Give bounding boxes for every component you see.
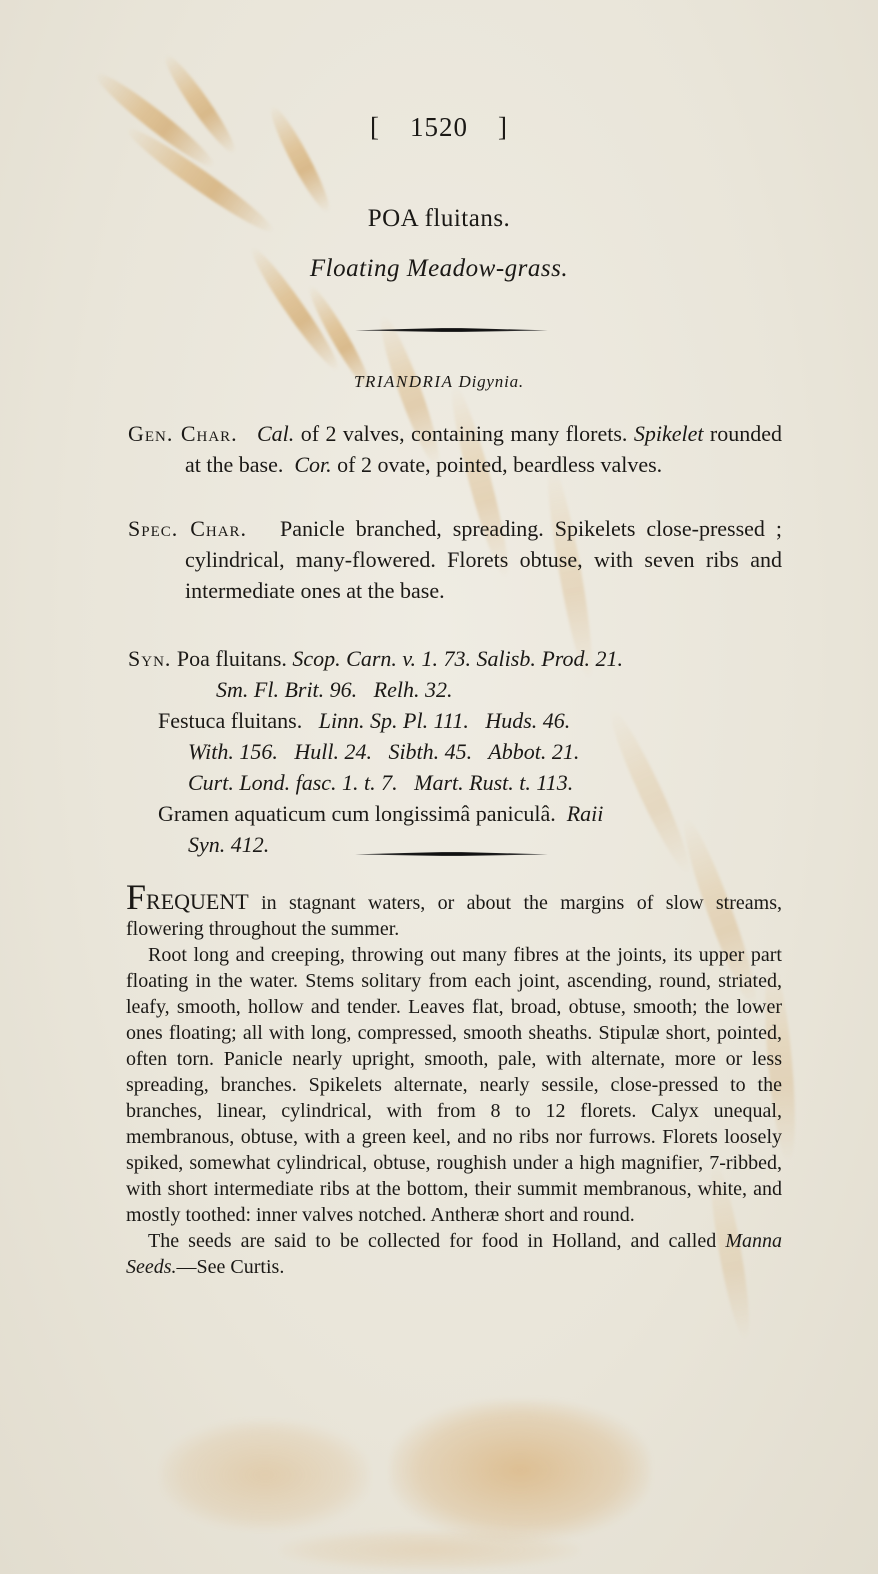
synonym-entry: Festuca fluitans. Linn. Sp. Pl. 111. Hud…	[128, 705, 782, 736]
synonym-refs: Curt. Lond. fasc. 1. t. 7. Mart. Rust. t…	[188, 770, 573, 795]
usage-paragraph: The seeds are said to be collected for f…	[126, 1228, 782, 1280]
synonym-refs: Linn. Sp. Pl. 111. Huds. 46.	[319, 708, 571, 733]
gen-char-seg: of 2 valves, containing many florets.	[294, 421, 634, 446]
gen-char-label: Gen. Char.	[128, 421, 238, 446]
gen-char-seg: of 2 ovate, pointed, beardless valves.	[332, 452, 663, 477]
spec-char-label: Spec. Char.	[128, 516, 247, 541]
drop-cap: F	[126, 877, 146, 917]
synonym-refs-cont: Curt. Lond. fasc. 1. t. 7. Mart. Rust. t…	[128, 767, 782, 798]
usage-text: The seeds are said to be collected for f…	[148, 1230, 725, 1252]
gen-char-seg: Cor.	[294, 452, 331, 477]
generic-character: Gen. Char. Cal. of 2 valves, containing …	[128, 418, 782, 480]
synonym-refs-cont: With. 156. Hull. 24. Sibth. 45. Abbot. 2…	[128, 736, 782, 767]
common-name: Floating Meadow-grass.	[0, 255, 878, 283]
synonym-refs: Sm. Fl. Brit. 96. Relh. 32.	[216, 677, 452, 702]
page-number: [1520]	[0, 112, 878, 143]
synonym-refs: With. 156. Hull. 24. Sibth. 45. Abbot. 2…	[188, 739, 579, 764]
synonym-refs: Syn. 412.	[188, 832, 269, 857]
species-title: POA fluitans.	[0, 205, 878, 233]
syn-label: Syn.	[128, 646, 171, 671]
synonym-name: Gramen aquaticum cum longissimâ paniculâ…	[158, 801, 556, 826]
synonymy: Syn. Poa fluitans. Scop. Carn. v. 1. 73.…	[128, 643, 782, 860]
linnaean-classification: TRIANDRIA Digynia.	[0, 372, 878, 392]
synonym-entry: Syn. Poa fluitans. Scop. Carn. v. 1. 73.…	[128, 643, 782, 674]
usage-citation: —See Curtis.	[177, 1256, 285, 1278]
spec-char-text: Panicle branched, spreading. Spikelets c…	[185, 516, 782, 603]
gen-char-seg: Spikelet	[634, 421, 704, 446]
order-name: Digynia.	[459, 372, 524, 391]
species-description: FREQUENT in stagnant waters, or about th…	[126, 884, 782, 1280]
bracket-right: ]	[498, 112, 508, 143]
synonym-refs: Scop. Carn. v. 1. 73. Salisb. Prod. 21.	[292, 646, 623, 671]
synonym-name: Festuca fluitans.	[158, 708, 302, 733]
lead-word: REQUENT	[146, 889, 249, 914]
page-number-value: 1520	[410, 112, 468, 142]
synonym-entry: Gramen aquaticum cum longissimâ paniculâ…	[128, 798, 782, 829]
morphology-paragraph: Root long and creeping, throwing out man…	[126, 942, 782, 1228]
synonym-name: Poa fluitans.	[177, 646, 287, 671]
synonym-refs-cont: Sm. Fl. Brit. 96. Relh. 32.	[128, 674, 782, 705]
gen-char-seg: Cal.	[257, 421, 294, 446]
specific-character: Spec. Char. Panicle branched, spreading.…	[128, 513, 782, 606]
class-name: TRIANDRIA	[354, 372, 453, 391]
habitat-paragraph: FREQUENT in stagnant waters, or about th…	[126, 884, 782, 942]
synonym-refs: Raii	[567, 801, 604, 826]
bracket-left: [	[370, 112, 380, 143]
